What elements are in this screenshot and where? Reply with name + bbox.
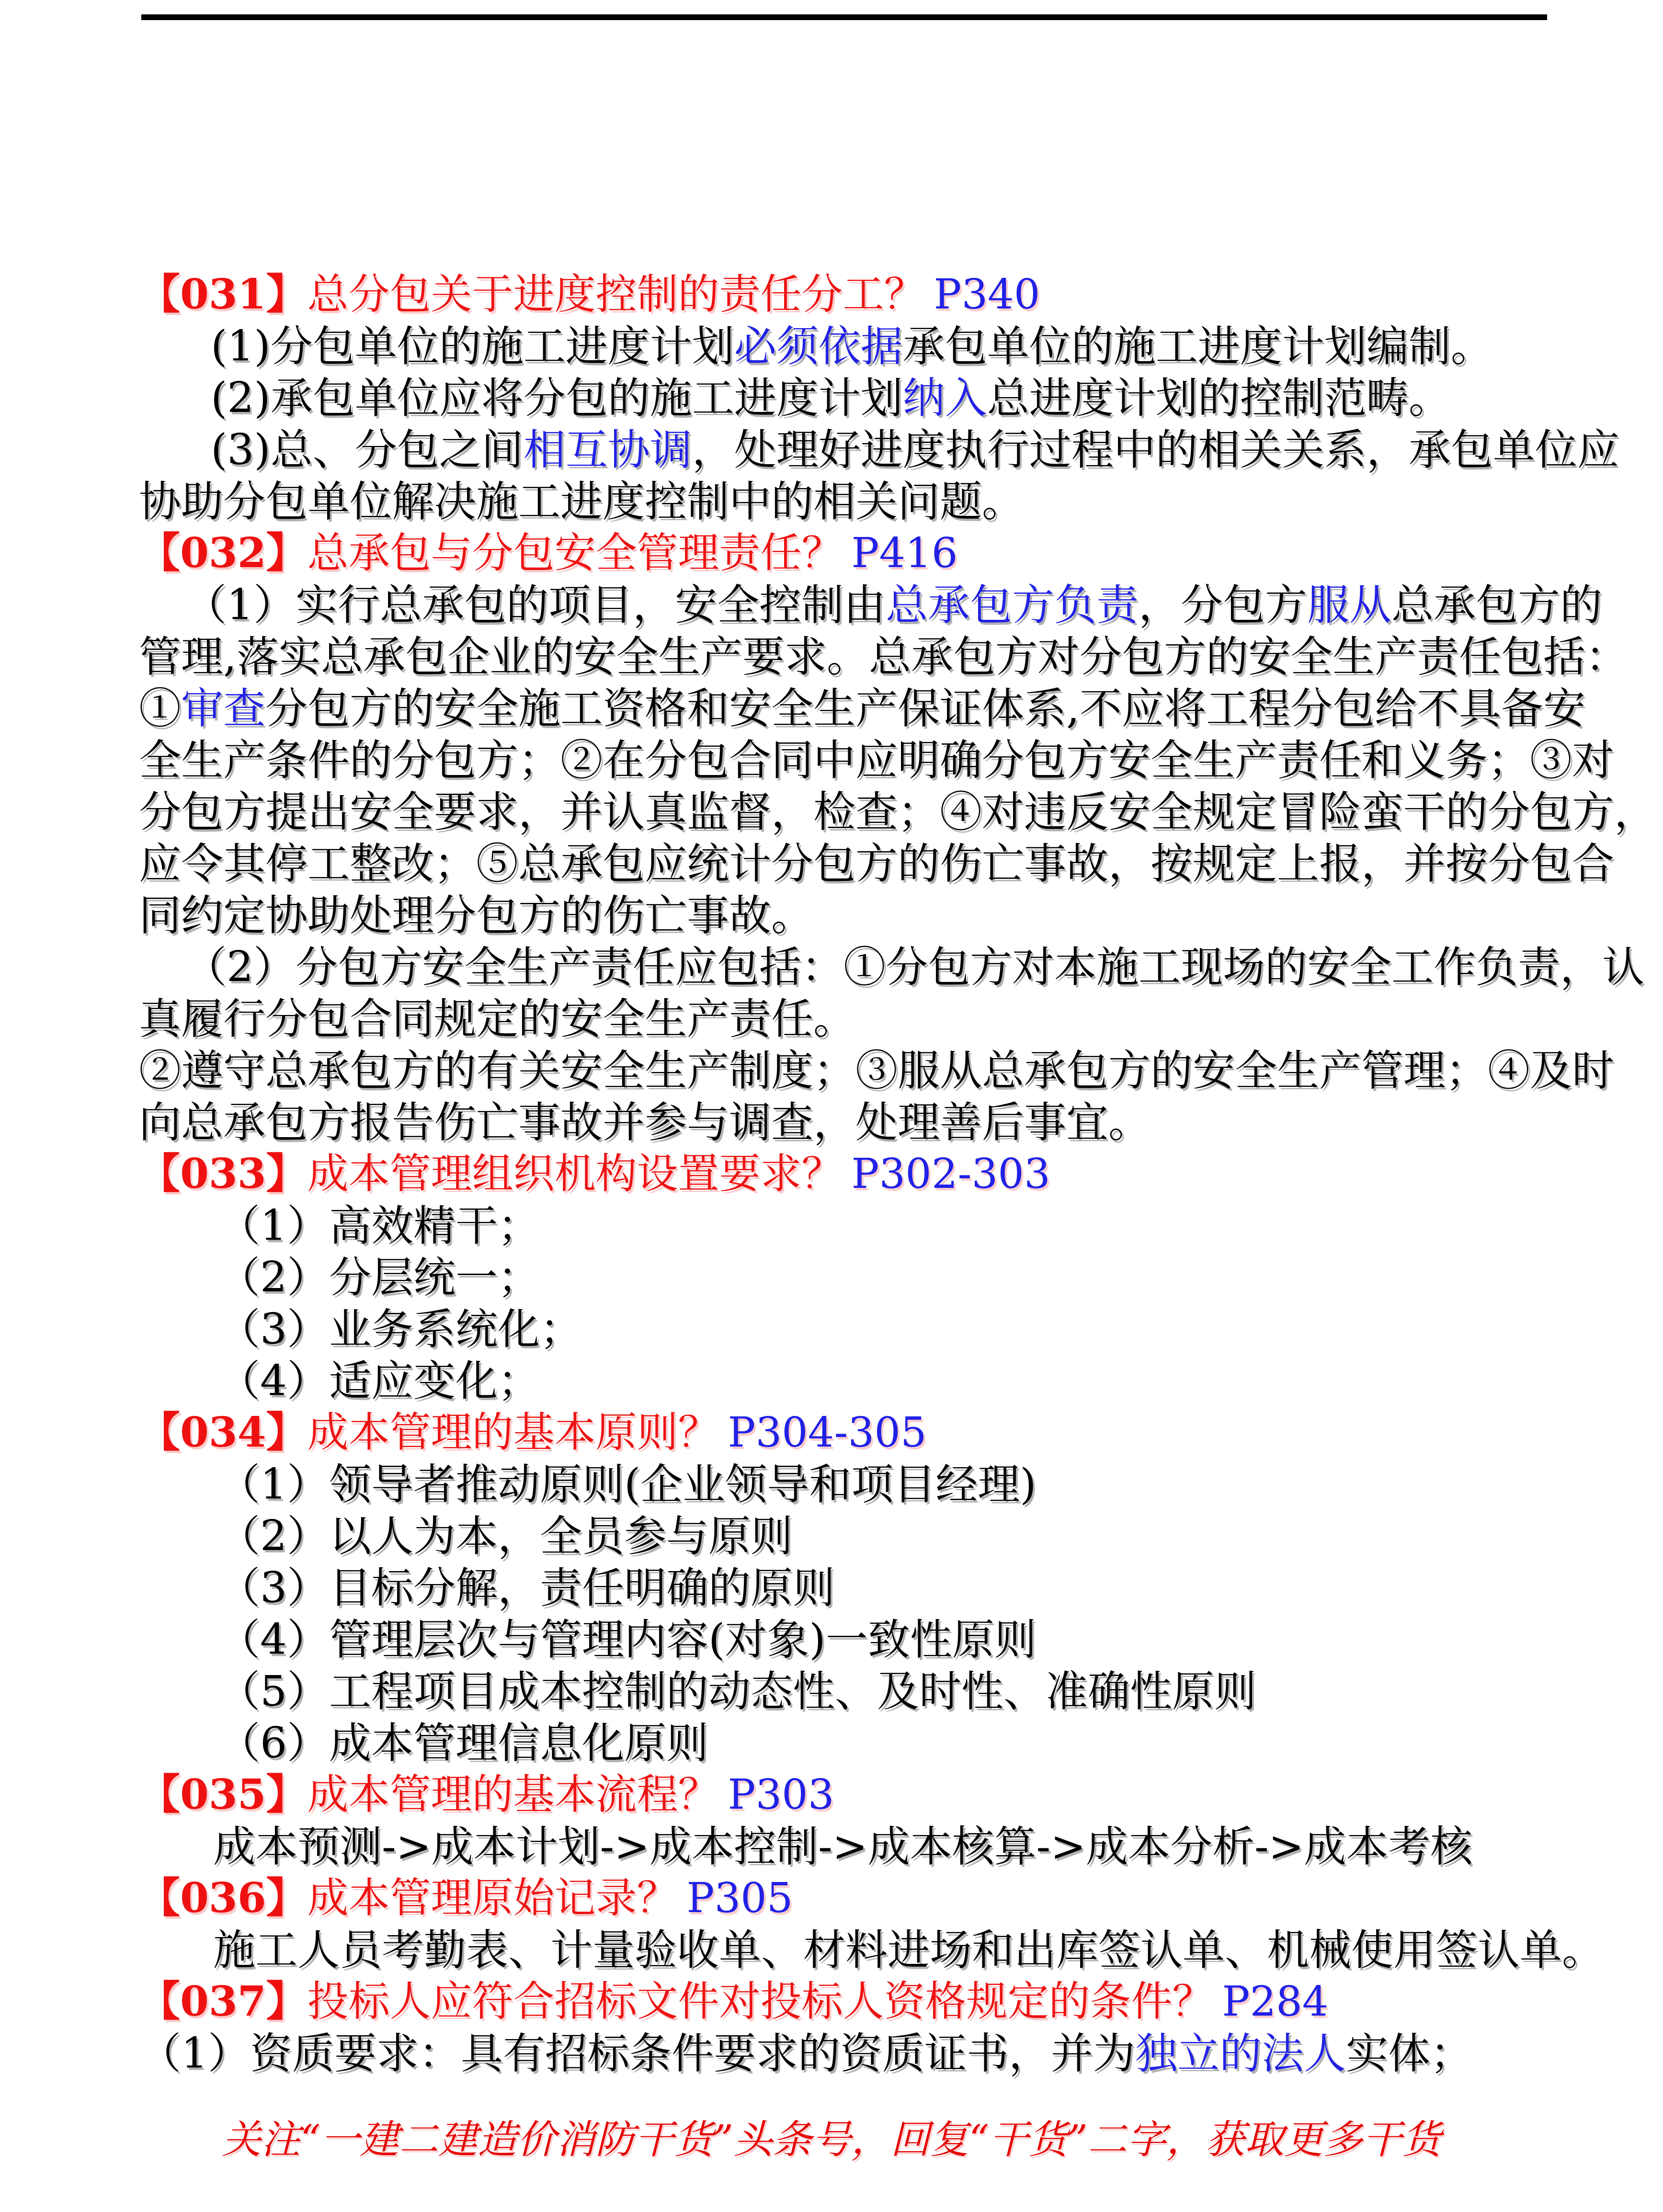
section-number: 【032】 bbox=[139, 529, 308, 577]
section-heading: 【033】成本管理组织机构设置要求？P302-303 bbox=[0, 1148, 1663, 1200]
text-line: (1)分包单位的施工进度计划必须依据承包单位的施工进度计划编制。 bbox=[0, 320, 1663, 372]
text-line: (2)承包单位应将分包的施工进度计划纳入总进度计划的控制范畴。 bbox=[0, 372, 1663, 424]
text-lines-container: 【031】总分包关于进度控制的责任分工？P340(1)分包单位的施工进度计划必须… bbox=[0, 269, 1663, 2079]
text-line: 向总承包方报告伤亡事故并参与调查，处理善后事宜。 bbox=[0, 1096, 1663, 1148]
page-reference: P303 bbox=[719, 1771, 834, 1819]
highlight-run: 服从 bbox=[1307, 580, 1391, 629]
text-run: 向总承包方报告伤亡事故并参与调查，处理善后事宜。 bbox=[139, 1097, 1150, 1147]
section-heading: 【037】投标人应符合招标文件对投标人资格规定的条件？P284 bbox=[0, 1976, 1663, 2028]
text-run: 实体； bbox=[1346, 2029, 1472, 2078]
highlight-run: 总承包方负责 bbox=[886, 580, 1139, 629]
text-run: （6）成本管理信息化原则 bbox=[218, 1718, 708, 1767]
text-run: ，分包方 bbox=[1139, 580, 1307, 629]
text-run: 总进度计划的控制范畴。 bbox=[987, 373, 1451, 422]
text-run: 分包方提出安全要求，并认真监督，检查；④对违反安全规定冒险蛮干的分包方， bbox=[139, 787, 1656, 836]
section-title: 成本管理的基本流程？ bbox=[308, 1771, 719, 1819]
section-heading: 【035】成本管理的基本流程？P303 bbox=[0, 1769, 1663, 1821]
text-line: 应令其停工整改；⑤总承包应统计分包方的伤亡事故，按规定上报，并按分包合 bbox=[0, 838, 1663, 889]
section-title: 总分包关于进度控制的责任分工？ bbox=[308, 271, 925, 319]
document-body: 【031】总分包关于进度控制的责任分工？P340(1)分包单位的施工进度计划必须… bbox=[0, 269, 1663, 2166]
text-line: 真履行分包合同规定的安全生产责任。 bbox=[0, 993, 1663, 1045]
text-line: 施工人员考勤表、计量验收单、材料进场和出库签认单、机械使用签认单。 bbox=[0, 1924, 1663, 1976]
text-run: （3）目标分解，责任明确的原则 bbox=[218, 1563, 835, 1612]
section-number: 【037】 bbox=[139, 1977, 308, 2026]
text-line: 成本预测->成本计划->成本控制->成本核算->成本分析->成本考核 bbox=[0, 1821, 1663, 1872]
highlight-run: 必须依据 bbox=[734, 321, 903, 371]
highlight-run: 独立的法人 bbox=[1135, 2029, 1346, 2078]
text-line: （3）目标分解，责任明确的原则 bbox=[0, 1562, 1663, 1614]
highlight-run: 审查 bbox=[181, 684, 265, 733]
text-line: 全生产条件的分包方；②在分包合同中应明确分包方安全生产责任和义务；③对 bbox=[0, 734, 1663, 786]
section-title: 成本管理的基本原则？ bbox=[308, 1409, 719, 1457]
section-number: 【033】 bbox=[139, 1150, 308, 1198]
section-number: 【034】 bbox=[139, 1408, 308, 1457]
section-heading: 【034】成本管理的基本原则？P304-305 bbox=[0, 1407, 1663, 1459]
section-title: 总承包与分包安全管理责任？ bbox=[308, 529, 843, 577]
text-line: （6）成本管理信息化原则 bbox=[0, 1717, 1663, 1769]
text-run: （4）管理层次与管理内容(对象)一致性原则 bbox=[218, 1615, 1037, 1664]
text-line: （2）分层统一； bbox=[0, 1252, 1663, 1303]
section-heading: 【032】总承包与分包安全管理责任？P416 bbox=[0, 527, 1663, 579]
text-line: （2）以人为本，全员参与原则 bbox=[0, 1510, 1663, 1562]
text-line: （1）资质要求：具有招标条件要求的资质证书，并为独立的法人实体； bbox=[0, 2028, 1663, 2079]
text-run: 承包单位的施工进度计划编制。 bbox=[903, 321, 1493, 371]
page-reference: P305 bbox=[678, 1874, 793, 1922]
text-run: (1)分包单位的施工进度计划 bbox=[211, 321, 734, 371]
text-line: （5）工程项目成本控制的动态性、及时性、准确性原则 bbox=[0, 1665, 1663, 1717]
footer-note: 关注“一建二建造价消防干货”头条号，回复“干货”二字，获取更多干货 bbox=[0, 2114, 1663, 2166]
text-run: （5）工程项目成本控制的动态性、及时性、准确性原则 bbox=[218, 1666, 1256, 1716]
text-line: ②遵守总承包方的有关安全生产制度；③服从总承包方的安全生产管理；④及时 bbox=[0, 1045, 1663, 1096]
text-run: (2)承包单位应将分包的施工进度计划 bbox=[211, 373, 903, 422]
text-run: ，处理好进度执行过程中的相关关系，承包单位应 bbox=[692, 425, 1619, 474]
text-line: 分包方提出安全要求，并认真监督，检查；④对违反安全规定冒险蛮干的分包方， bbox=[0, 786, 1663, 838]
text-line: （3）业务系统化； bbox=[0, 1303, 1663, 1355]
text-run: （1）高效精干； bbox=[218, 1201, 540, 1250]
section-heading: 【031】总分包关于进度控制的责任分工？P340 bbox=[0, 269, 1663, 320]
page-reference: P304-305 bbox=[719, 1409, 927, 1457]
text-run: （4）适应变化； bbox=[218, 1356, 540, 1405]
page-reference: P340 bbox=[925, 271, 1040, 319]
section-heading: 【036】成本管理原始记录？P305 bbox=[0, 1872, 1663, 1924]
text-run: （1）领导者推动原则(企业领导和项目经理) bbox=[218, 1459, 1037, 1509]
text-line: （1）实行总承包的项目，安全控制由总承包方负责，分包方服从总承包方的 bbox=[0, 579, 1663, 631]
text-run: 成本预测->成本计划->成本控制->成本核算->成本分析->成本考核 bbox=[213, 1822, 1472, 1871]
text-run: （2）以人为本，全员参与原则 bbox=[218, 1511, 793, 1561]
text-run: ②遵守总承包方的有关安全生产制度；③服从总承包方的安全生产管理；④及时 bbox=[139, 1046, 1614, 1095]
text-run: 管理,落实总承包企业的安全生产要求。总承包方对分包方的安全生产责任包括： bbox=[139, 632, 1628, 681]
text-run: （2）分层统一； bbox=[218, 1253, 540, 1302]
text-run: 真履行分包合同规定的安全生产责任。 bbox=[139, 994, 855, 1043]
text-run: 施工人员考勤表、计量验收单、材料进场和出库签认单、机械使用签认单。 bbox=[213, 1925, 1604, 1974]
page-top-rule bbox=[141, 14, 1547, 20]
text-run: 同约定协助处理分包方的伤亡事故。 bbox=[139, 890, 813, 940]
text-line: ①审查分包方的安全施工资格和安全生产保证体系,不应将工程分包给不具备安 bbox=[0, 683, 1663, 734]
text-line: （4）管理层次与管理内容(对象)一致性原则 bbox=[0, 1614, 1663, 1665]
text-run: (3)总、分包之间 bbox=[211, 425, 524, 474]
text-run: 应令其停工整改；⑤总承包应统计分包方的伤亡事故，按规定上报，并按分包合 bbox=[139, 839, 1614, 888]
section-title: 投标人应符合招标文件对投标人资格规定的条件？ bbox=[308, 1978, 1214, 2026]
text-run: 协助分包单位解决施工进度控制中的相关问题。 bbox=[139, 477, 1024, 526]
text-run: 分包方的安全施工资格和安全生产保证体系,不应将工程分包给不具备安 bbox=[265, 684, 1585, 733]
text-run: 总承包方的 bbox=[1391, 580, 1602, 629]
text-run: （1）资质要求：具有招标条件要求的资质证书，并为 bbox=[139, 2029, 1135, 2078]
section-number: 【036】 bbox=[139, 1874, 308, 1922]
section-number: 【035】 bbox=[139, 1770, 308, 1819]
section-title: 成本管理组织机构设置要求？ bbox=[308, 1150, 843, 1198]
text-line: 同约定协助处理分包方的伤亡事故。 bbox=[0, 889, 1663, 941]
highlight-run: 纳入 bbox=[903, 373, 987, 422]
text-line: 管理,落实总承包企业的安全生产要求。总承包方对分包方的安全生产责任包括： bbox=[0, 631, 1663, 683]
text-run: ① bbox=[139, 684, 181, 733]
page-reference: P416 bbox=[843, 529, 958, 577]
text-run: （2）分包方安全生产责任应包括：①分包方对本施工现场的安全工作负责，认 bbox=[184, 942, 1644, 992]
section-title: 成本管理原始记录？ bbox=[308, 1874, 678, 1922]
text-run: 全生产条件的分包方；②在分包合同中应明确分包方安全生产责任和义务；③对 bbox=[139, 735, 1614, 785]
text-run: （3）业务系统化； bbox=[218, 1304, 582, 1354]
text-line: （2）分包方安全生产责任应包括：①分包方对本施工现场的安全工作负责，认 bbox=[0, 941, 1663, 993]
page-reference: P284 bbox=[1214, 1978, 1329, 2026]
section-number: 【031】 bbox=[139, 270, 308, 319]
text-run: （1）实行总承包的项目，安全控制由 bbox=[184, 580, 886, 629]
page-reference: P302-303 bbox=[843, 1150, 1050, 1198]
text-line: (3)总、分包之间相互协调，处理好进度执行过程中的相关关系，承包单位应 bbox=[0, 424, 1663, 476]
text-line: （1）高效精干； bbox=[0, 1200, 1663, 1252]
text-line: （1）领导者推动原则(企业领导和项目经理) bbox=[0, 1459, 1663, 1510]
text-line: 协助分包单位解决施工进度控制中的相关问题。 bbox=[0, 476, 1663, 527]
highlight-run: 相互协调 bbox=[524, 425, 692, 474]
text-line: （4）适应变化； bbox=[0, 1355, 1663, 1407]
